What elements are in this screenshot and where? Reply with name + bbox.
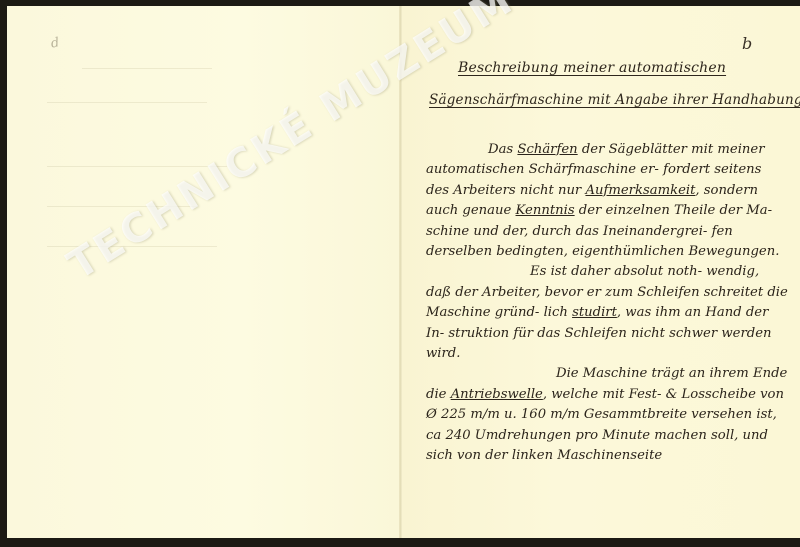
line: ca 240 Umdrehungen pro Minute machen — [426, 428, 707, 443]
underlined-word: Aufmerksamkeit — [585, 183, 695, 198]
line: Die Maschine trägt an — [556, 366, 705, 381]
line: Das Schärfen der Sägeblätter mit — [488, 142, 713, 157]
underlined-word: Schärfen — [517, 142, 577, 157]
scan-border-bottom — [0, 538, 800, 547]
show-through-line — [47, 246, 217, 247]
underlined-word: studirt — [572, 305, 617, 320]
line: Bewegungen. — [688, 244, 779, 259]
line: schine und der, durch das Ineinandergrei… — [426, 224, 707, 239]
paragraph-2: Es ist daher absolut noth- wendig, daß d… — [426, 262, 788, 364]
line: Kenntnis der einzelnen Theile der Ma- — [516, 203, 773, 218]
line: u. 160 m/m Gesammtbreite versehen ist, — [504, 407, 777, 422]
underlined-word: Antriebswelle — [451, 387, 543, 402]
title-line-1: Beschreibung meiner automatischen — [458, 60, 726, 76]
right-page: b Beschreibung meiner automatischen Säge… — [402, 6, 800, 538]
show-through-line — [47, 166, 227, 167]
line: Es ist daher absolut noth- — [530, 264, 702, 279]
title-line-2: Sägenschärfmaschine mit Angabe ihrer Han… — [429, 92, 800, 108]
underlined-word: Kenntnis — [516, 203, 575, 218]
left-page: d — [7, 6, 400, 538]
show-through-line — [47, 102, 207, 103]
scan-border-left — [0, 0, 7, 547]
corner-mark: d — [50, 35, 61, 51]
paragraph-1: Das Schärfen der Sägeblätter mit meiner … — [426, 140, 788, 262]
show-through-line — [82, 68, 212, 69]
show-through-line — [47, 206, 197, 207]
paragraph-3: Die Maschine trägt an ihrem Ende die Ant… — [426, 364, 788, 466]
line: struktion für das Schleifen nicht schwer — [448, 326, 717, 341]
manuscript-body: Das Schärfen der Sägeblätter mit meiner … — [426, 140, 788, 467]
page-number: b — [742, 34, 752, 53]
